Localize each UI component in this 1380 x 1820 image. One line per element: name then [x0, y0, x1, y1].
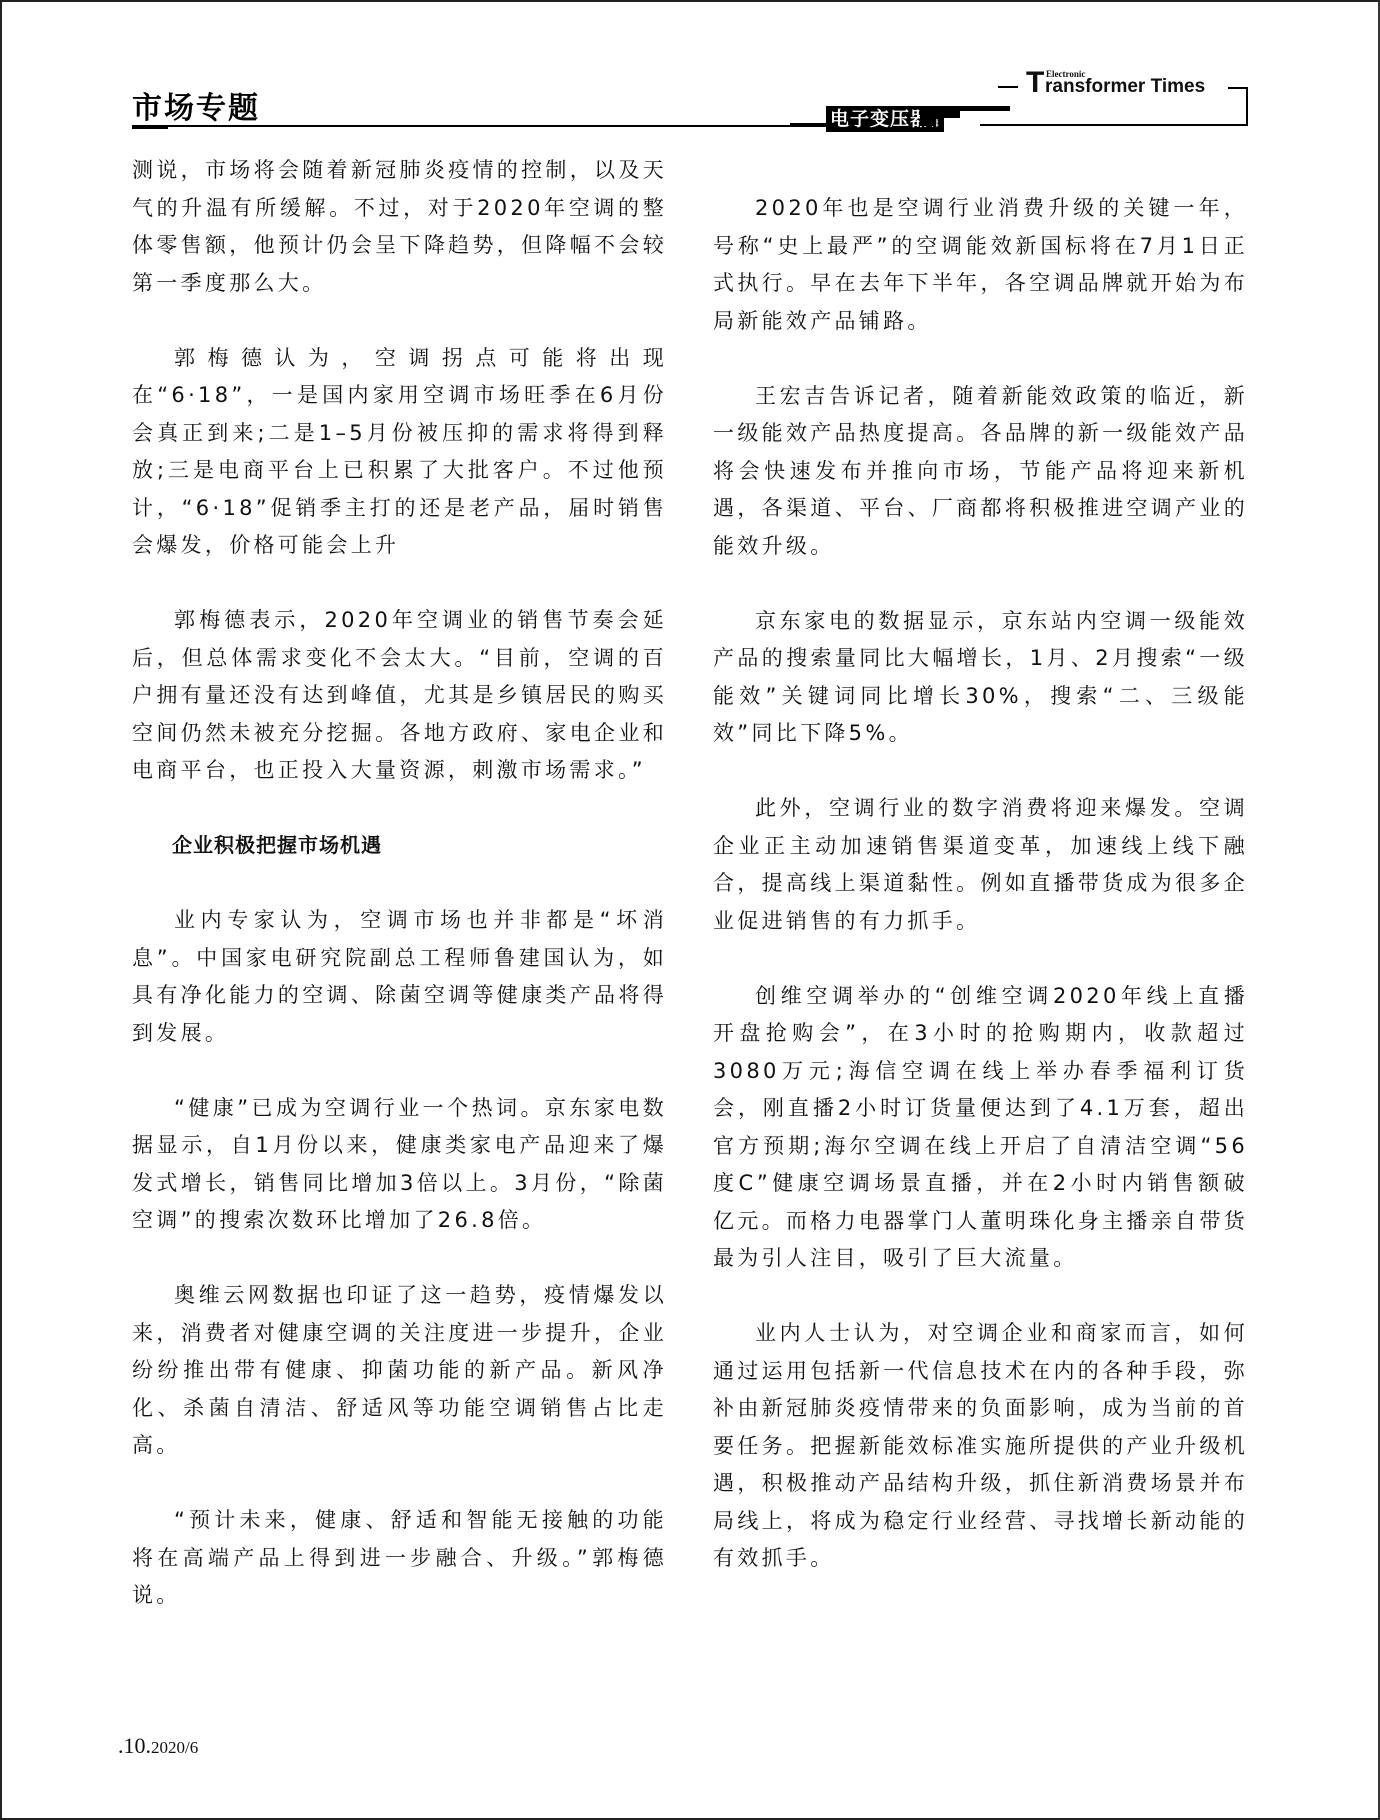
- paragraph: 创维空调举办的“创维空调2020年线上直播开盘抢购会”，在3小时的抢购期内，收款…: [713, 978, 1248, 1278]
- paragraph: 王宏吉告诉记者，随着新能效政策的临近，新一级能效产品热度提高。各品牌的新一级能效…: [713, 378, 1248, 566]
- paragraph: 测说，市场将会随着新冠肺炎疫情的控制，以及天气的升温有所缓解。不过，对于2020…: [132, 152, 667, 302]
- paragraph: 此外，空调行业的数字消费将迎来爆发。空调企业正主动加速销售渠道变革，加速线上线下…: [713, 790, 1248, 940]
- paragraph: 京东家电的数据显示，京东站内空调一级能效产品的搜索量同比大幅增长，1月、2月搜索…: [713, 603, 1248, 753]
- logo-rule-vertical: [1246, 87, 1248, 126]
- header-rule-accent: [132, 125, 168, 129]
- issue-date: 2020/6: [151, 1738, 198, 1757]
- logo-english-initial: T: [1026, 68, 1044, 98]
- logo-chinese-text: 电子变压器: [830, 108, 930, 130]
- paragraph: 2020年也是空调行业消费升级的关键一年，号称“史上最严”的空调能效新国标将在7…: [713, 190, 1248, 340]
- paragraph: “健康”已成为空调行业一个热词。京东家电数据显示，自1月份以来，健康类家电产品迎…: [132, 1090, 667, 1240]
- header-rule: [132, 125, 842, 127]
- paragraph: 业内人士认为，对空调企业和商家而言，如何通过运用包括新一代信息技术在内的各种手段…: [713, 1315, 1248, 1578]
- logo-dash-left: [998, 86, 1018, 88]
- paragraph: 郭梅德表示，2020年空调业的销售节奏会延后，但总体需求变化不会太大。“目前，空…: [132, 602, 667, 790]
- left-column: 测说，市场将会随着新冠肺炎疫情的控制，以及天气的升温有所缓解。不过，对于2020…: [132, 152, 667, 1652]
- section-title: 市场专题: [132, 92, 260, 126]
- logo-rule-right: [980, 124, 1246, 126]
- paragraph: 业内专家认为，空调市场也并非都是“坏消息”。中国家电研究院副总工程师鲁建国认为，…: [132, 902, 667, 1052]
- logo-english-title: ransformer Times: [1045, 77, 1205, 97]
- paragraph: 郭梅德认为，空调拐点可能将出现在“6·18”，一是国内家用空调市场旺季在6月份会…: [132, 340, 667, 565]
- logo-dash-right: [1228, 87, 1248, 89]
- paragraph: “预计未来，健康、舒适和智能无接触的功能将在高端产品上得到进一步融合、升级。”郭…: [132, 1502, 667, 1615]
- page-footer: .10.2020/6: [118, 1733, 198, 1759]
- subheading: 企业积极把握市场机遇: [132, 827, 667, 865]
- right-column: 2020年也是空调行业消费升级的关键一年，号称“史上最严”的空调能效新国标将在7…: [713, 190, 1248, 1615]
- paragraph: 奥维云网数据也印证了这一趋势，疫情爆发以来，消费者对健康空调的关注度进一步提升，…: [132, 1277, 667, 1465]
- page-number: .10.: [118, 1733, 151, 1758]
